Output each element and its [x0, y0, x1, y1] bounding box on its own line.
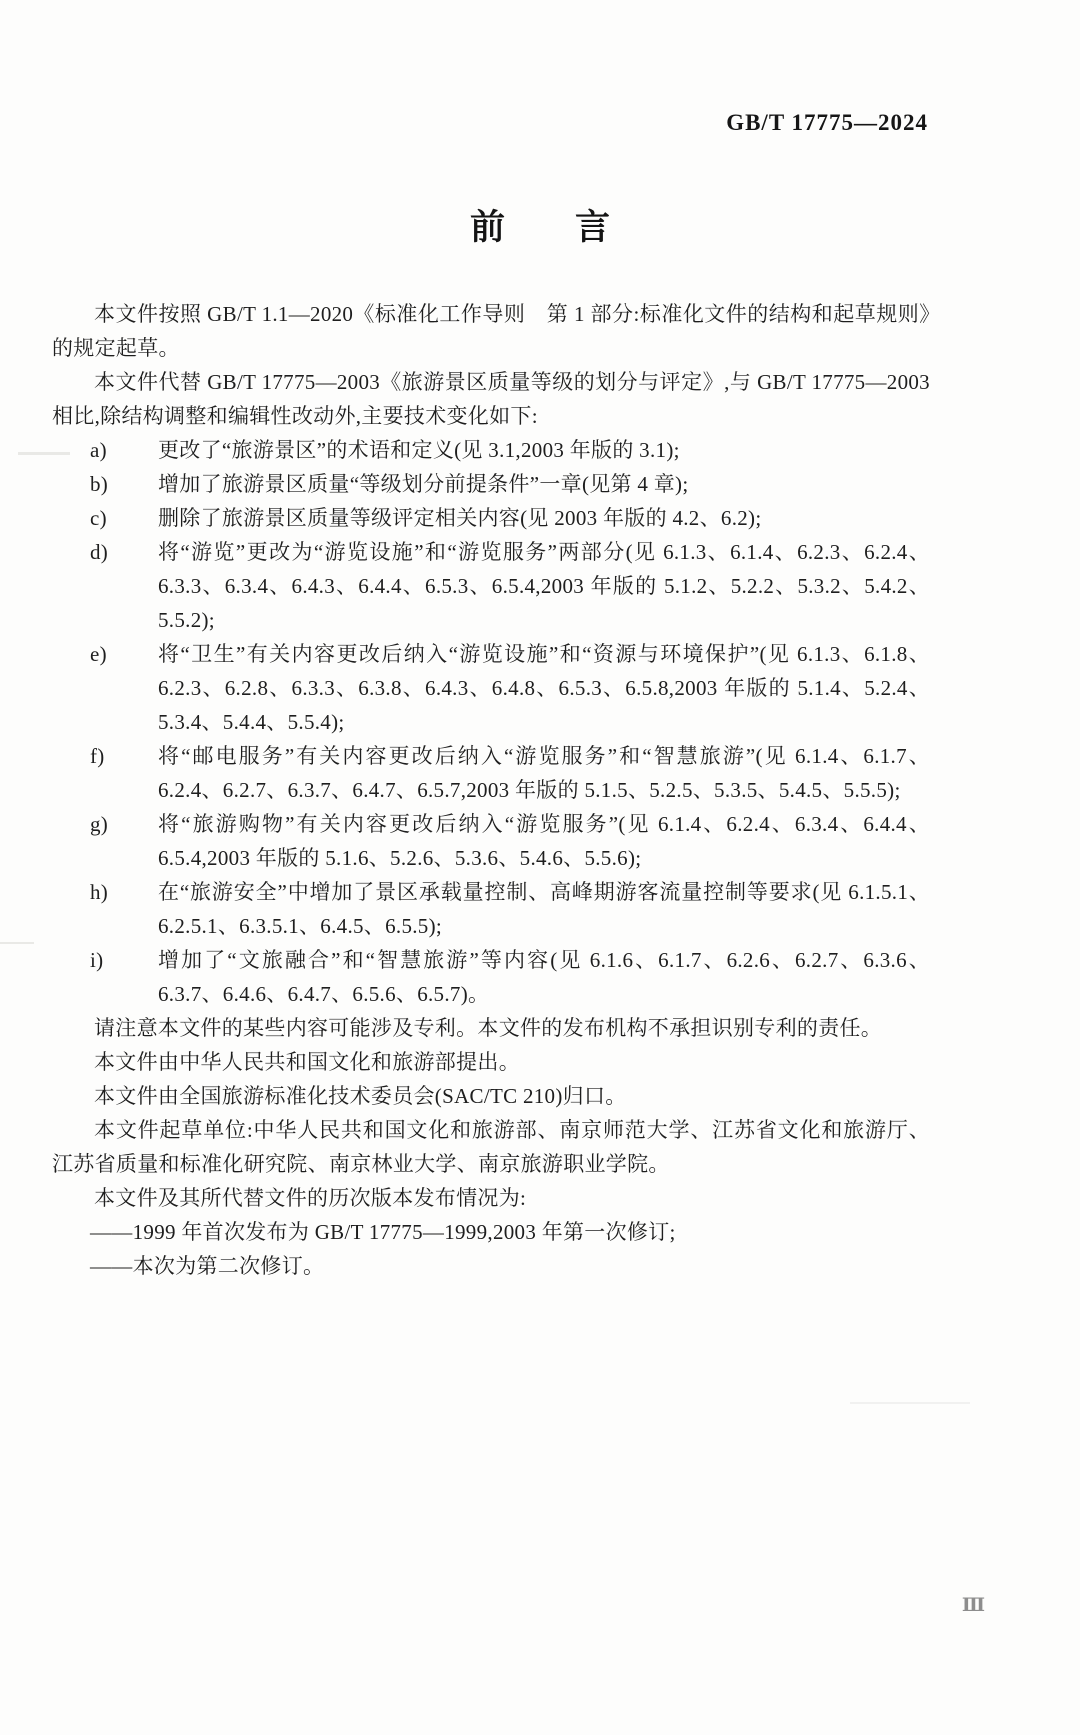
list-marker: e): [52, 637, 158, 739]
list-marker: c): [52, 501, 158, 535]
list-marker: h): [52, 875, 158, 943]
list-item: i) 增加了“文旅融合”和“智慧旅游”等内容(见 6.1.6、6.1.7、6.2…: [52, 943, 930, 1011]
list-item: h) 在“旅游安全”中增加了景区承载量控制、高峰期游客流量控制等要求(见 6.1…: [52, 875, 930, 943]
list-item-text: 将“卫生”有关内容更改后纳入“游览设施”和“资源与环境保护”(见 6.1.3、6…: [158, 637, 930, 739]
list-marker: d): [52, 535, 158, 637]
list-item: e) 将“卫生”有关内容更改后纳入“游览设施”和“资源与环境保护”(见 6.1.…: [52, 637, 930, 739]
scan-artifact: [18, 452, 70, 455]
list-item: g) 将“旅游购物”有关内容更改后纳入“游览服务”(见 6.1.4、6.2.4、…: [52, 807, 930, 875]
list-item-text: 增加了“文旅融合”和“智慧旅游”等内容(见 6.1.6、6.1.7、6.2.6、…: [158, 943, 930, 1011]
paragraph-patent-note: 请注意本文件的某些内容可能涉及专利。本文件的发布机构不承担识别专利的责任。: [52, 1011, 930, 1045]
list-item-text: 将“游览”更改为“游览设施”和“游览服务”两部分(见 6.1.3、6.1.4、6…: [158, 535, 930, 637]
list-marker: a): [52, 433, 158, 467]
scan-artifact: [850, 1402, 970, 1404]
standard-number: GB/T 17775—2024: [726, 110, 928, 136]
document-page: GB/T 17775—2024 前 言 本文件按照 GB/T 1.1—2020《…: [0, 0, 1080, 1735]
paragraph-drafting-units: 本文件起草单位:中华人民共和国文化和旅游部、南京师范大学、江苏省文化和旅游厅、江…: [52, 1113, 930, 1181]
list-marker: f): [52, 739, 158, 807]
list-item: d) 将“游览”更改为“游览设施”和“游览服务”两部分(见 6.1.3、6.1.…: [52, 535, 930, 637]
list-item: a) 更改了“旅游景区”的术语和定义(见 3.1,2003 年版的 3.1);: [52, 433, 930, 467]
list-item-text: 将“旅游购物”有关内容更改后纳入“游览服务”(见 6.1.4、6.2.4、6.3…: [158, 807, 930, 875]
paragraph-replacement: 本文件代替 GB/T 17775—2003《旅游景区质量等级的划分与评定》,与 …: [52, 365, 930, 433]
list-item: f) 将“邮电服务”有关内容更改后纳入“游览服务”和“智慧旅游”(见 6.1.4…: [52, 739, 930, 807]
list-item: c) 删除了旅游景区质量等级评定相关内容(见 2003 年版的 4.2、6.2)…: [52, 501, 930, 535]
list-marker: b): [52, 467, 158, 501]
list-item-text: 删除了旅游景区质量等级评定相关内容(见 2003 年版的 4.2、6.2);: [158, 501, 930, 535]
changes-list: a) 更改了“旅游景区”的术语和定义(见 3.1,2003 年版的 3.1); …: [52, 433, 930, 1011]
history-entry: ——1999 年首次发布为 GB/T 17775—1999,2003 年第一次修…: [52, 1215, 930, 1249]
list-item-text: 增加了旅游景区质量“等级划分前提条件”一章(见第 4 章);: [158, 467, 930, 501]
paragraph-centralized-by: 本文件由全国旅游标准化技术委员会(SAC/TC 210)归口。: [52, 1079, 930, 1113]
scan-artifact: [0, 942, 34, 944]
list-item-text: 将“邮电服务”有关内容更改后纳入“游览服务”和“智慧旅游”(见 6.1.4、6.…: [158, 739, 930, 807]
list-marker: i): [52, 943, 158, 1011]
page-number: Ⅲ: [962, 1594, 985, 1617]
list-item-text: 更改了“旅游景区”的术语和定义(见 3.1,2003 年版的 3.1);: [158, 433, 930, 467]
paragraph-history-intro: 本文件及其所代替文件的历次版本发布情况为:: [52, 1181, 930, 1215]
list-marker: g): [52, 807, 158, 875]
paragraph-proposed-by: 本文件由中华人民共和国文化和旅游部提出。: [52, 1045, 930, 1079]
foreword-body: 本文件按照 GB/T 1.1—2020《标准化工作导则 第 1 部分:标准化文件…: [52, 297, 930, 1283]
history-entry: ——本次为第二次修订。: [52, 1249, 930, 1283]
page-title: 前 言: [0, 200, 1080, 250]
paragraph-drafting-rule: 本文件按照 GB/T 1.1—2020《标准化工作导则 第 1 部分:标准化文件…: [52, 297, 930, 365]
list-item: b) 增加了旅游景区质量“等级划分前提条件”一章(见第 4 章);: [52, 467, 930, 501]
list-item-text: 在“旅游安全”中增加了景区承载量控制、高峰期游客流量控制等要求(见 6.1.5.…: [158, 875, 930, 943]
